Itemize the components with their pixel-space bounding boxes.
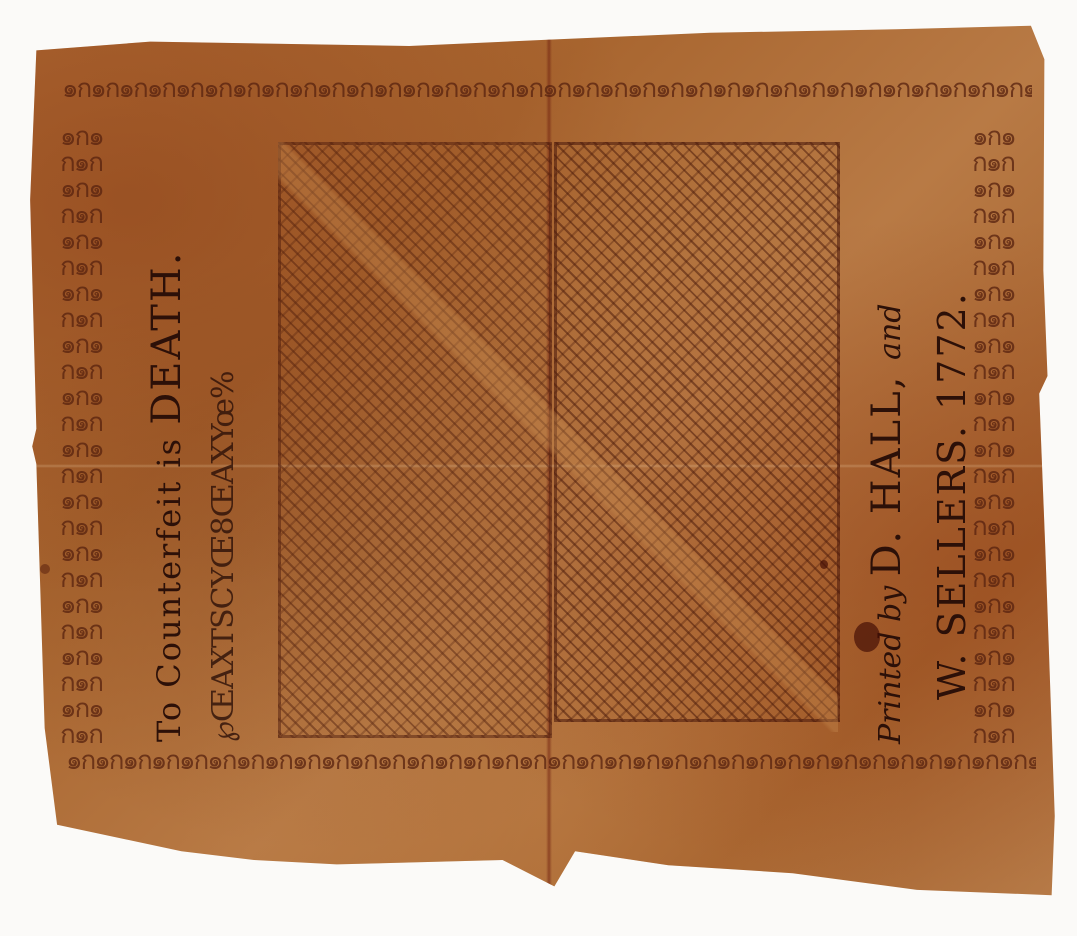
printer-line-1: Printed by D. HALL, and (864, 303, 910, 744)
counterfeit-warning: To Counterfeit is DEATH. (144, 251, 190, 742)
edge-stain (40, 564, 50, 574)
scroll-border-left: ๑ก๑ก๑ก๑ก๑ก๑ก๑ก๑ก๑ก๑ก๑ก๑ก๑ก๑ก๑ก๑ก๑ก๑ก๑ก๑ก… (60, 124, 116, 754)
printed-by-label: Printed by (873, 576, 908, 744)
and-label: and (873, 303, 908, 359)
banknote: ๑ก๑ก๑ก๑ก๑ก๑ก๑ก๑ก๑ก๑ก๑ก๑ก๑ก๑ก๑ก๑ก๑ก๑ก๑ก๑ก… (26, 24, 1062, 904)
scroll-border-right: ๑ก๑ก๑ก๑ก๑ก๑ก๑ก๑ก๑ก๑ก๑ก๑ก๑ก๑ก๑ก๑ก๑ก๑ก๑ก๑ก… (972, 124, 1028, 754)
nature-print-panel-right (554, 142, 840, 722)
ink-stain (854, 622, 880, 652)
ornament-type-line: ℘ŒAXTSCYŒ8ŒAXYœ% (206, 371, 241, 742)
ink-dot (820, 560, 828, 569)
printer-name-hall: D. HALL, (864, 360, 910, 576)
printer-line-2: W. SELLERS. 1772. (930, 291, 974, 700)
nature-print-panel-left (278, 142, 552, 738)
scroll-border-top: ๑ก๑ก๑ก๑ก๑ก๑ก๑ก๑ก๑ก๑ก๑ก๑ก๑ก๑ก๑ก๑ก๑ก๑ก๑ก๑ก… (62, 76, 1032, 132)
scroll-border-bottom: ๑ก๑ก๑ก๑ก๑ก๑ก๑ก๑ก๑ก๑ก๑ก๑ก๑ก๑ก๑ก๑ก๑ก๑ก๑ก๑ก… (66, 748, 1036, 804)
motto-prefix: To Counterfeit is (150, 425, 188, 742)
motto-death: DEATH. (144, 251, 190, 425)
